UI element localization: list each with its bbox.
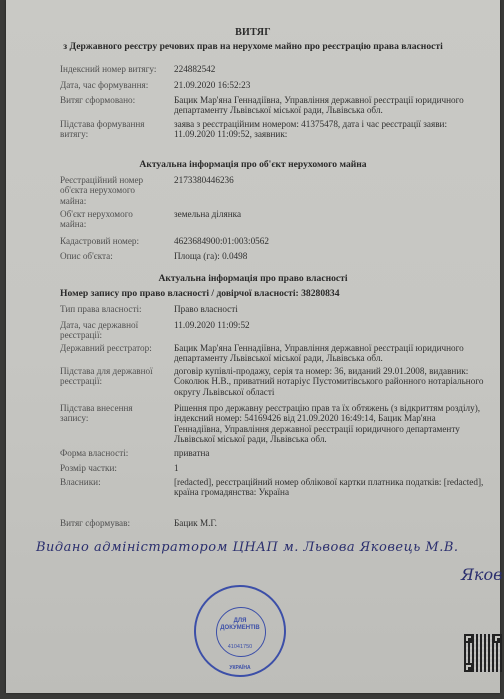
value: 2173380446236 [174,175,484,185]
label: Об'єкт нерухомого майна: [60,209,150,230]
stamp-line2: ДОКУМЕНТІВ [196,625,284,632]
label: Кадастровий номер: [60,236,172,246]
value: 224882542 [174,64,484,74]
official-stamp: ДЛЯ ДОКУМЕНТІВ 41041750 УКРАЇНА [194,585,286,677]
label: Витяг сформував: [60,518,172,528]
document-title: ВИТЯГ [6,27,500,38]
object-section-heading: Актуальна інформація про об'єкт нерухомо… [6,159,500,170]
label: Індексний номер витягу: [60,64,172,74]
stamp-country: УКРАЇНА [196,665,284,671]
value: Бацик Мар'яна Геннадіївна, Управління де… [174,343,484,364]
label: Підстава формування витягу: [60,119,172,140]
handwritten-signature: Яков [461,565,502,584]
label: Форма власності: [60,448,172,458]
label: Дата, час державної реєстрації: [60,320,156,341]
handwritten-note: Видано адміністратором ЦНАП м. Львова Як… [36,540,459,555]
label: Підстава внесення запису: [60,403,150,424]
stamp-center-text: ДЛЯ ДОКУМЕНТІВ [196,618,284,632]
label: Власники: [60,477,172,487]
value: Площа (га): 0.0498 [174,251,484,261]
stamp-line1: ДЛЯ [196,618,284,625]
value: земельна ділянка [174,209,484,219]
stamp-code: 41041750 [196,644,284,650]
label: Розмір частки: [60,463,172,473]
label: Реєстраційний номер об'єкта нерухомого м… [60,175,150,206]
document-subtitle: з Державного реєстру речових прав на нер… [6,41,500,52]
value: Рішення про державну реєстрацію прав та … [174,403,484,445]
extract-document: ВИТЯГ з Державного реєстру речових прав … [6,0,500,693]
value: Бацик Мар'яна Геннадіївна, Управління де… [174,95,484,116]
value: 11.09.2020 11:09:52 [174,320,484,330]
value: 1 [174,463,484,473]
label: Тип права власності: [60,304,172,314]
value: заява з реєстраційним номером: 41375478,… [174,119,484,140]
value: [redacted], реєстраційний номер обліково… [174,477,484,498]
label: Опис об'єкта: [60,251,172,261]
label: Державний реєстратор: [60,343,172,353]
value: договір купівлі-продажу, серія та номер:… [174,366,484,397]
value: приватна [174,448,484,458]
label: Підстава для державної реєстрації: [60,366,164,387]
ownership-record-number: Номер запису про право власності / довір… [60,288,340,299]
value: 4623684900:01:003:0562 [174,236,484,246]
value: Бацик М.Г. [174,518,484,528]
ownership-section-heading: Актуальна інформація про право власності [6,273,500,284]
label: Витяг сформовано: [60,95,172,105]
value: Право власності [174,304,484,314]
value: 21.09.2020 16:52:23 [174,80,484,90]
label: Дата, час формування: [60,80,172,90]
qr-code-icon [464,634,502,672]
